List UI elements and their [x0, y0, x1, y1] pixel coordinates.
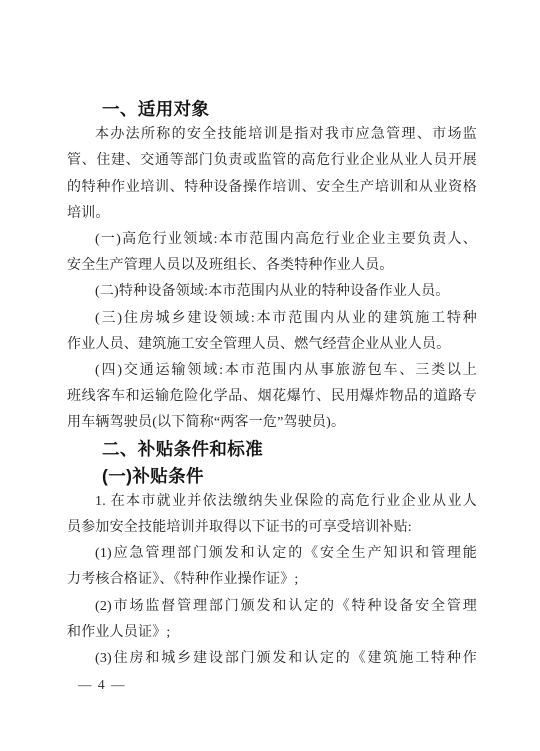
document-page: 一、适用对象本办法所称的安全技能培训是指对我市应急管理、市场监管、住建、交通等部… [0, 0, 540, 751]
text-line: 员参加安全技能培训并取得以下证书的可享受培训补贴: [67, 515, 477, 541]
text-line: 培训。 [67, 201, 477, 227]
text-line: (3)住房和城乡建设部门颁发和认定的《建筑施工特种作 [67, 646, 477, 672]
text-line: (四)交通运输领域:本市范围内从事旅游包车、三类以上 [67, 358, 477, 384]
text-line: (二)特种设备领域:本市范围内从业的特种设备作业人员。 [67, 279, 477, 305]
text-line: 1. 在本市就业并依法缴纳失业保险的高危行业企业从业人 [67, 489, 477, 515]
text-line: 班线客车和运输危险化学品、烟花爆竹、民用爆炸物品的道路专 [67, 384, 477, 410]
text-line: 力考核合格证》、《特种作业操作证》; [67, 567, 477, 593]
document-body: 一、适用对象本办法所称的安全技能培训是指对我市应急管理、市场监管、住建、交通等部… [67, 96, 477, 672]
text-line: (一)高危行业领域:本市范围内高危行业企业主要负责人、 [67, 227, 477, 253]
text-line: (2)市场监督管理部门颁发和认定的《特种设备安全管理 [67, 594, 477, 620]
text-line: (1)应急管理部门颁发和认定的《安全生产知识和管理能 [67, 541, 477, 567]
heading-line: 二、补贴条件和标准 [67, 436, 477, 462]
text-line: 和作业人员证》; [67, 620, 477, 646]
text-line: 安全生产管理人员以及班组长、各类特种作业人员。 [67, 253, 477, 279]
text-line: 用车辆驾驶员(以下简称“两客一危”驾驶员)。 [67, 410, 477, 436]
page-number: — 4 — [78, 674, 126, 696]
text-line: 管、住建、交通等部门负责或监管的高危行业企业从业人员开展 [67, 148, 477, 174]
heading-line: (一)补贴条件 [67, 463, 477, 489]
text-line: 的特种作业培训、特种设备操作培训、安全生产培训和从业资格 [67, 175, 477, 201]
text-line: (三)住房城乡建设领域:本市范围内从业的建筑施工特种 [67, 306, 477, 332]
text-line: 本办法所称的安全技能培训是指对我市应急管理、市场监 [67, 122, 477, 148]
heading-line: 一、适用对象 [67, 96, 477, 122]
text-line: 作业人员、建筑施工安全管理人员、燃气经营企业从业人员。 [67, 332, 477, 358]
